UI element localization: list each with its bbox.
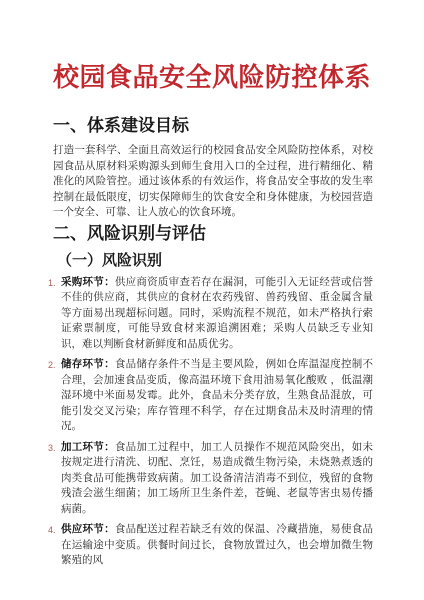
list-item-procurement: 1. 采购环节：供应商资质审查若存在漏洞，可能引入无证经营或信誉不佳的供应商，其… (48, 275, 373, 353)
list-item-lead: 采购环节： (61, 276, 115, 288)
list-item-storage: 2. 储存环节：食品储存条件不当是主要风险，例如仓库温湿度控制不合理，会加速食品… (48, 357, 373, 435)
document-page: 校园食品安全风险防控体系 一、体系建设目标 打造一套科学、全面且高效运行的校园食… (0, 0, 424, 600)
risk-list: 1. 采购环节：供应商资质审查若存在漏洞，可能引入无证经营或信誉不佳的供应商，其… (48, 275, 373, 569)
subsection-heading-risk-identification: （一）风险识别 (57, 251, 373, 270)
list-item-supply: 4. 供应环节：食品配送过程若缺乏有效的保温、冷藏措施，易使食品在运输途中变质。… (48, 522, 373, 569)
list-item-processing: 3. 加工环节：食品加工过程中，加工人员操作不规范风险突出，如未按规定进行清洗、… (48, 440, 373, 518)
list-item-body: 采购环节：供应商资质审查若存在漏洞，可能引入无证经营或信誉不佳的供应商，其供应的… (61, 275, 373, 353)
list-item-body: 储存环节：食品储存条件不当是主要风险，例如仓库温湿度控制不合理，会加速食品变质，… (61, 357, 373, 435)
section-heading-goals: 一、体系建设目标 (53, 116, 373, 136)
goal-paragraph: 打造一套科学、全面且高效运行的校园食品安全风险防控体系，对校园食品从原材料采购源… (53, 143, 373, 221)
list-item-lead: 供应环节： (61, 523, 115, 535)
list-item-number: 3. (48, 440, 61, 518)
list-item-number: 2. (48, 357, 61, 435)
document-title: 校园食品安全风险防控体系 (18, 62, 406, 92)
list-item-body: 加工环节：食品加工过程中，加工人员操作不规范风险突出，如未按规定进行清洗、切配、… (61, 440, 373, 518)
list-item-lead: 储存环节： (61, 358, 115, 370)
section-heading-risk: 二、风险识别与评估 (53, 224, 373, 244)
list-item-number: 4. (48, 522, 61, 569)
list-item-number: 1. (48, 275, 61, 353)
list-item-body: 供应环节：食品配送过程若缺乏有效的保温、冷藏措施，易使食品在运输途中变质。供餐时… (61, 522, 373, 569)
list-item-lead: 加工环节： (61, 441, 115, 453)
document-content: 一、体系建设目标 打造一套科学、全面且高效运行的校园食品安全风险防控体系，对校园… (0, 116, 424, 569)
